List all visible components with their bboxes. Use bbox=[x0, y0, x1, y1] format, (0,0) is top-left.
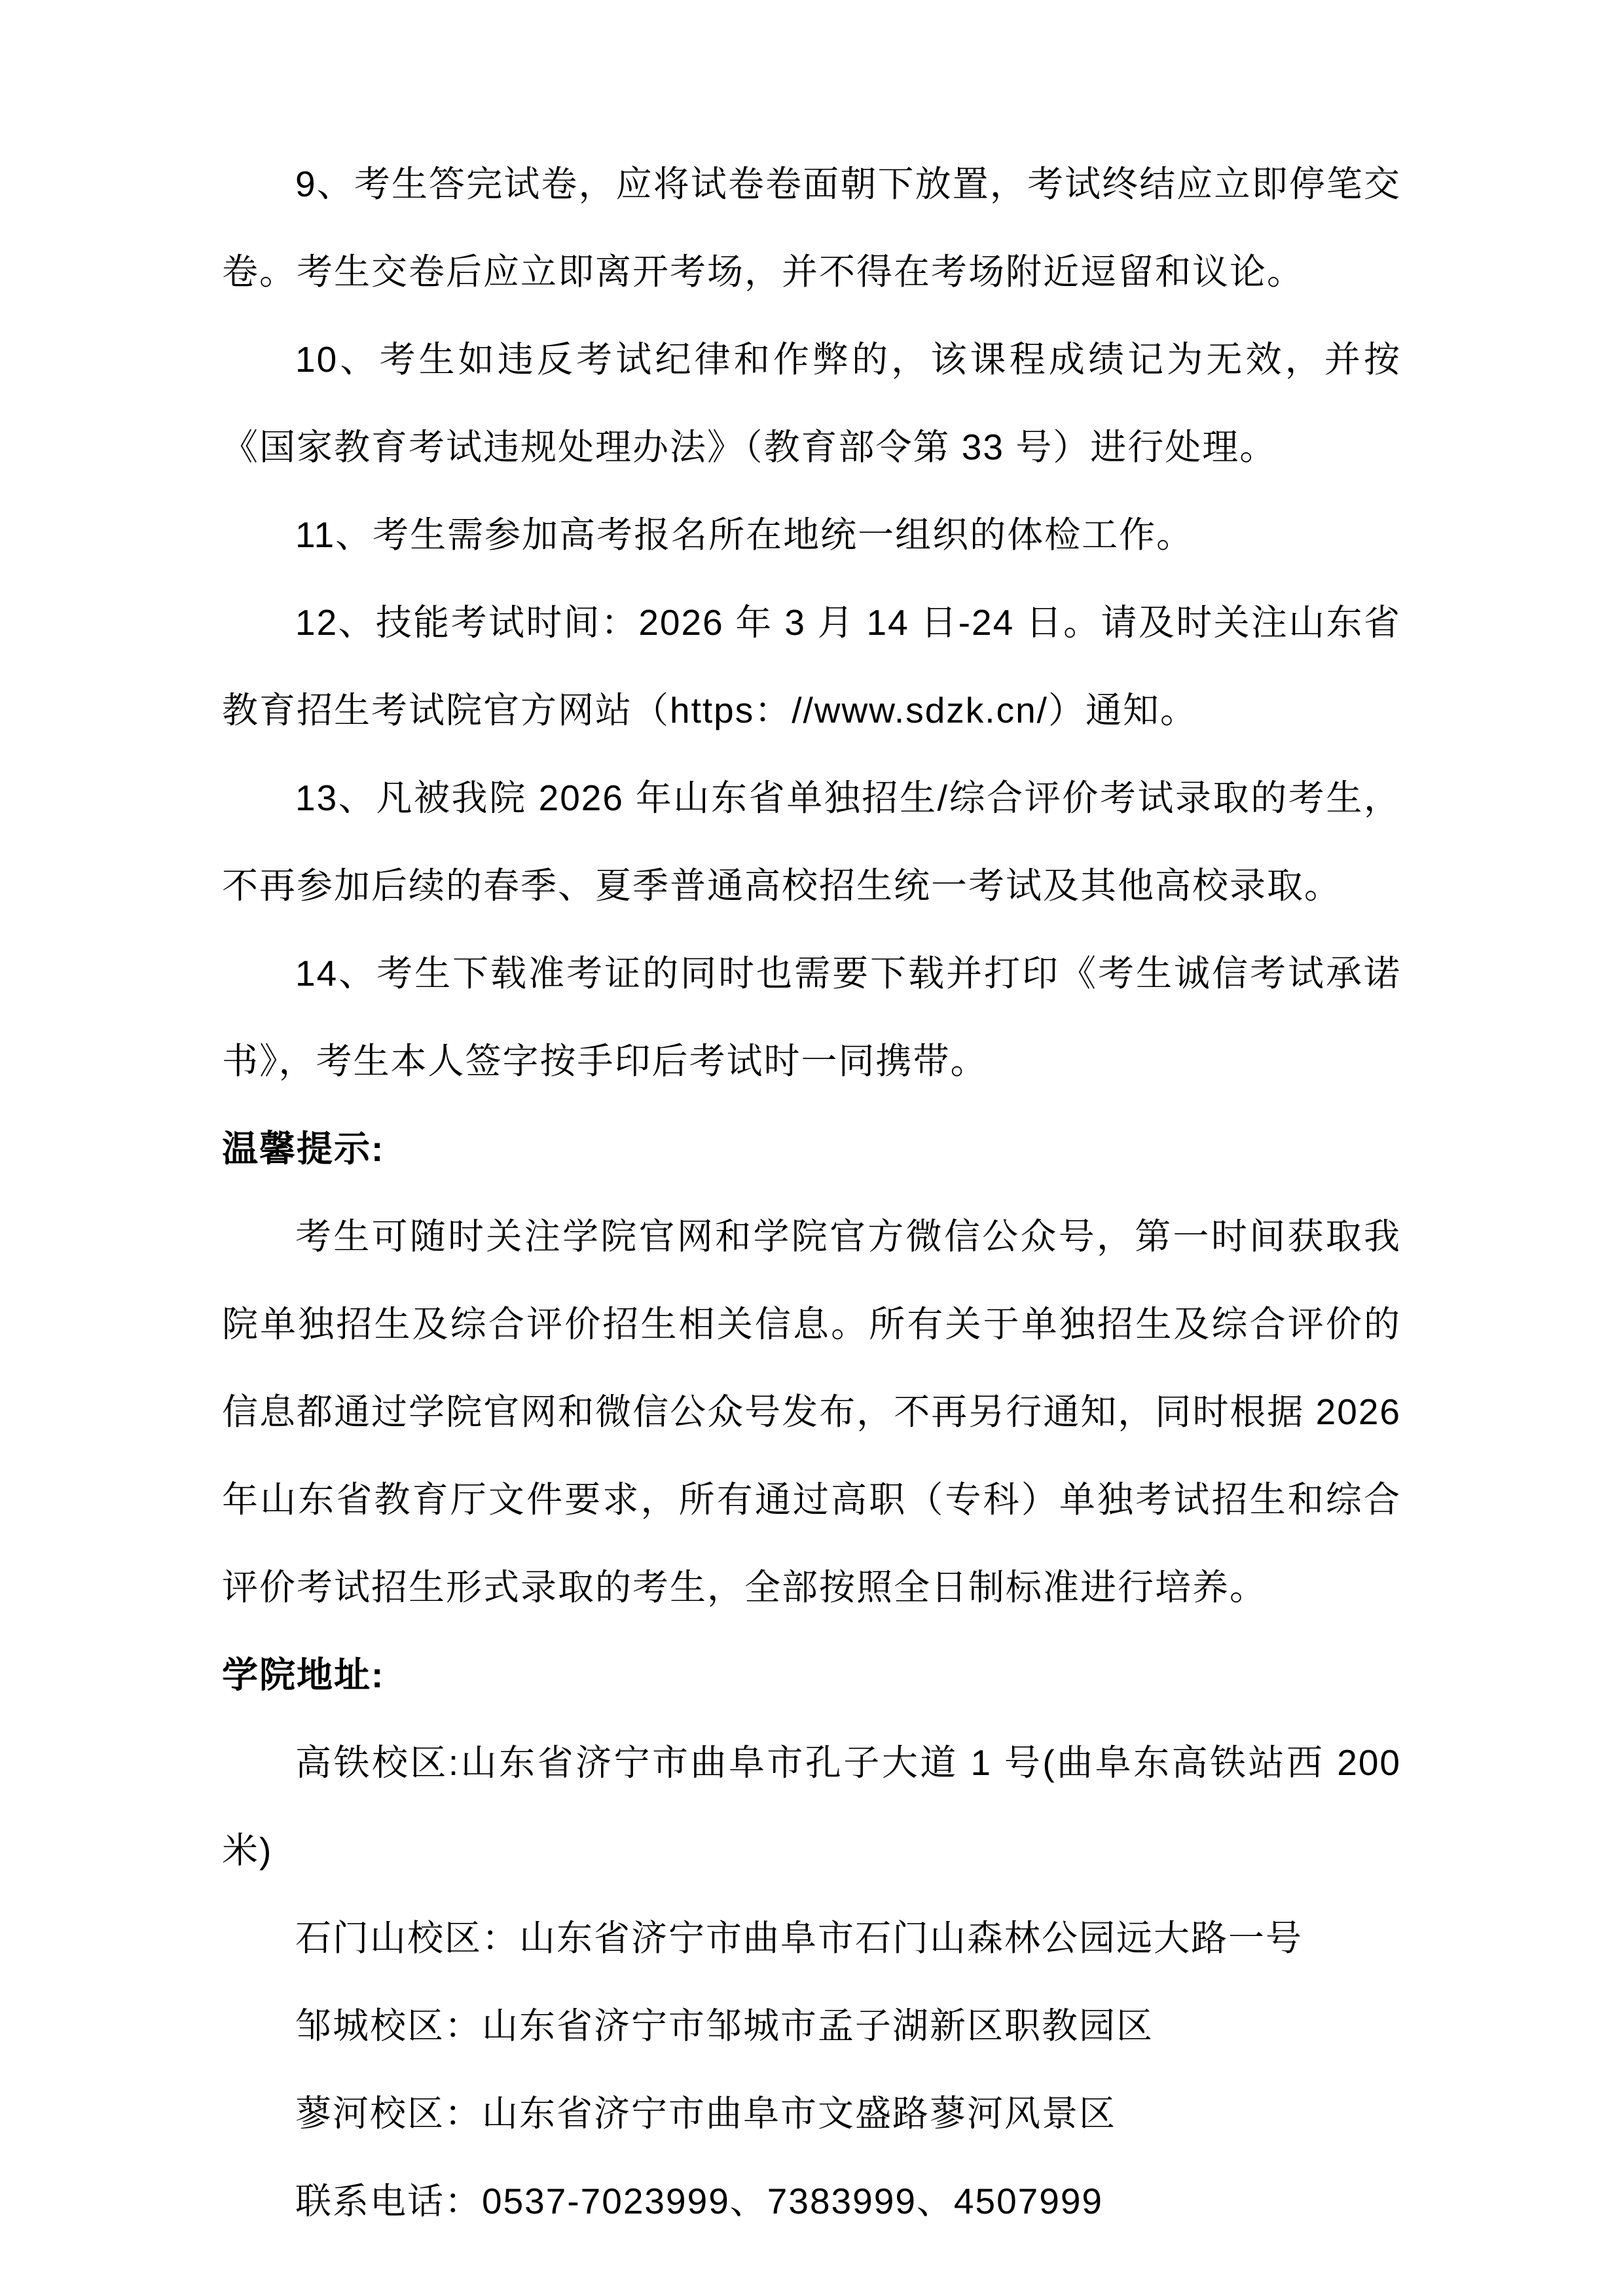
document-body: 9、考生答完试卷，应将试卷卷面朝下放置，考试终结应立即停笔交卷。考生交卷后应立即… bbox=[222, 140, 1401, 2245]
address-line-gaotie-campus: 高铁校区:山东省济宁市曲阜市孔子大道 1 号(曲阜东高铁站西 200 米) bbox=[222, 1719, 1401, 1894]
tips-heading: 温馨提示: bbox=[222, 1105, 1401, 1193]
notice-item-14: 14、考生下载准考证的同时也需要下载并打印《考生诚信考试承诺书》，考生本人签字按… bbox=[222, 929, 1401, 1105]
address-line-zoucheng-campus: 邹城校区：山东省济宁市邹城市孟子湖新区职教园区 bbox=[222, 1982, 1401, 2070]
notice-item-9: 9、考生答完试卷，应将试卷卷面朝下放置，考试终结应立即停笔交卷。考生交卷后应立即… bbox=[222, 140, 1401, 315]
notice-item-10: 10、考生如违反考试纪律和作弊的，该课程成绩记为无效，并按《国家教育考试违规处理… bbox=[222, 315, 1401, 491]
notice-item-13: 13、凡被我院 2026 年山东省单独招生/综合评价考试录取的考生，不再参加后续… bbox=[222, 754, 1401, 929]
notice-item-11: 11、考生需参加高考报名所在地统一组织的体检工作。 bbox=[222, 491, 1401, 579]
document-page: 9、考生答完试卷，应将试卷卷面朝下放置，考试终结应立即停笔交卷。考生交卷后应立即… bbox=[0, 0, 1623, 2296]
contact-phone-line: 联系电话：0537-7023999、7383999、4507999 bbox=[222, 2157, 1401, 2245]
address-line-shimenshan-campus: 石门山校区：山东省济宁市曲阜市石门山森林公园远大路一号 bbox=[222, 1894, 1401, 1982]
address-heading: 学院地址: bbox=[222, 1631, 1401, 1719]
address-line-liaohe-campus: 蓼河校区：山东省济宁市曲阜市文盛路蓼河风景区 bbox=[222, 2070, 1401, 2157]
notice-item-12: 12、技能考试时间：2026 年 3 月 14 日-24 日。请及时关注山东省教… bbox=[222, 579, 1401, 754]
tips-body: 考生可随时关注学院官网和学院官方微信公众号，第一时间获取我院单独招生及综合评价招… bbox=[222, 1193, 1401, 1631]
